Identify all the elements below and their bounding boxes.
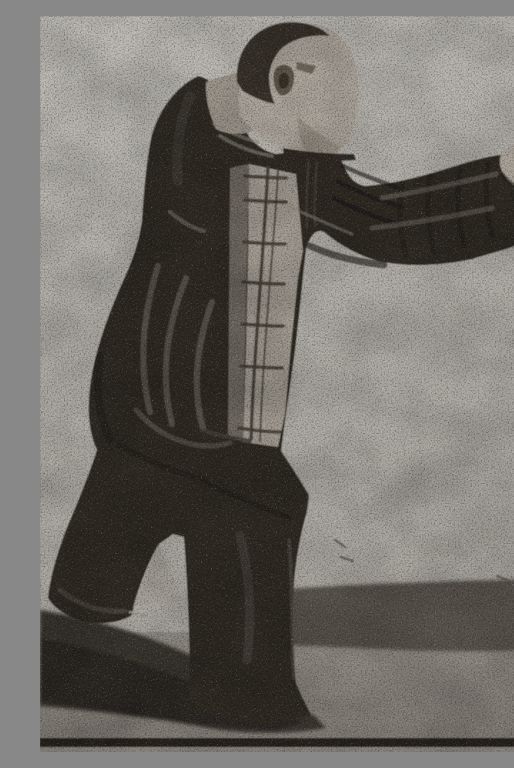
film-grain [40, 16, 514, 752]
halftone-photograph [40, 16, 514, 752]
grain-light-speckle [40, 16, 514, 752]
